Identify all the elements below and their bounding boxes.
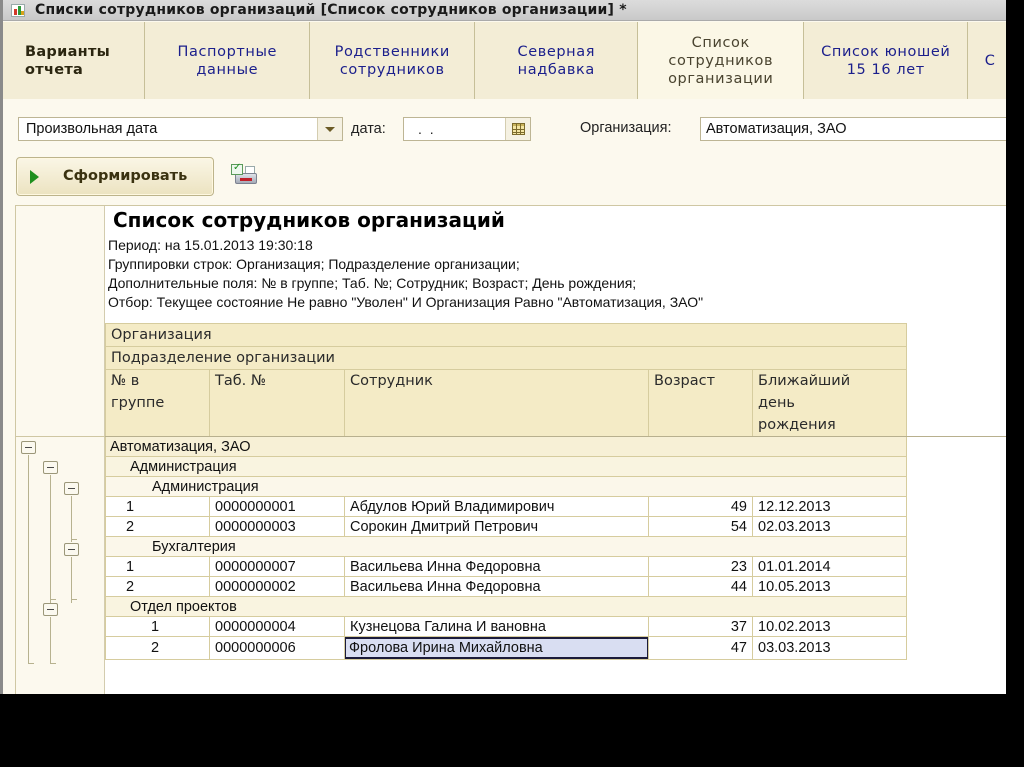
tree-line (28, 455, 29, 664)
cell-employee[interactable]: Абдулов Юрий Владимирович (345, 497, 649, 517)
cell-number-in-group[interactable]: 2 (106, 637, 210, 660)
period-type-select[interactable]: Произвольная дата (18, 117, 343, 141)
tab-label: Варианты отчета (25, 43, 110, 79)
generate-button-label: Сформировать (63, 168, 187, 184)
cell-age[interactable]: 23 (649, 557, 753, 577)
cell-number-in-group[interactable]: 1 (106, 557, 210, 577)
cell-tab-number[interactable]: 0000000007 (210, 557, 345, 577)
group-row[interactable]: Администрация (106, 457, 907, 477)
cell-employee[interactable]: Кузнецова Галина И вановна (345, 617, 649, 637)
cell-birthday[interactable]: 03.03.2013 (753, 637, 907, 660)
table-row[interactable]: 20000000006Фролова Ирина Михайловна4703.… (106, 637, 907, 660)
employee-table: ОрганизацияПодразделение организации№ в … (105, 323, 907, 660)
group-row[interactable]: Администрация (106, 477, 907, 497)
cell-age[interactable]: 47 (649, 637, 753, 660)
calendar-icon (512, 123, 525, 135)
group-row[interactable]: Автоматизация, ЗАО (106, 437, 907, 457)
calendar-button[interactable] (505, 118, 530, 140)
cell-birthday[interactable]: 02.03.2013 (753, 517, 907, 537)
table-row[interactable]: 10000000007Васильева Инна Федоровна2301.… (106, 557, 907, 577)
table-row[interactable]: 20000000003Сорокин Дмитрий Петрович5402.… (106, 517, 907, 537)
tree-line (50, 617, 51, 664)
tab-label: С (985, 52, 996, 70)
header-organization: Организация (106, 324, 907, 347)
collapse-group-icon[interactable] (21, 441, 36, 454)
cell-tab-number[interactable]: 0000000001 (210, 497, 345, 517)
date-label: дата: (351, 121, 386, 137)
cell-employee[interactable]: Васильева Инна Федоровна (345, 557, 649, 577)
cell-number-in-group[interactable]: 1 (106, 617, 210, 637)
tab-3[interactable]: Северная надбавка (475, 22, 638, 99)
cell-employee[interactable]: Васильева Инна Федоровна (345, 577, 649, 597)
cell-age[interactable]: 44 (649, 577, 753, 597)
cell-tab-number[interactable]: 0000000004 (210, 617, 345, 637)
table-row[interactable]: 10000000004Кузнецова Галина И вановна371… (106, 617, 907, 637)
tab-4[interactable]: Список сотрудников организации (638, 22, 804, 99)
tab-label: Список юношей 15 16 лет (821, 43, 950, 79)
report-grouping: Группировки строк: Организация; Подразде… (108, 256, 520, 272)
cell-number-in-group[interactable]: 2 (106, 517, 210, 537)
tree-line (50, 663, 56, 664)
header-row-department: Подразделение организации (106, 347, 907, 370)
tab-label: Северная надбавка (517, 43, 595, 79)
group-label: Автоматизация, ЗАО (106, 437, 907, 457)
tree-line (71, 496, 72, 543)
collapse-group-icon[interactable] (64, 482, 79, 495)
column-header[interactable]: Ближайший день рождения (753, 370, 907, 437)
group-label: Администрация (106, 477, 907, 497)
report-tabs: Варианты отчетаПаспортные данныеРодствен… (3, 22, 1006, 99)
header-row-columns: № в группеТаб. №СотрудникВозрастБлижайши… (106, 370, 907, 437)
title-bar: Списки сотрудников организаций [Список с… (3, 0, 1006, 21)
cell-birthday[interactable]: 01.01.2014 (753, 557, 907, 577)
cell-birthday[interactable]: 10.02.2013 (753, 617, 907, 637)
period-type-value: Произвольная дата (26, 121, 157, 137)
window-title: Списки сотрудников организаций [Список с… (35, 2, 627, 18)
cell-employee-selected[interactable]: Фролова Ирина Михайловна (345, 637, 649, 660)
group-label: Бухгалтерия (106, 537, 907, 557)
tree-line (50, 475, 51, 603)
table-row[interactable]: 10000000001Абдулов Юрий Владимирович4912… (106, 497, 907, 517)
tab-label: Родственники сотрудников (335, 43, 450, 79)
collapse-group-icon[interactable] (64, 543, 79, 556)
cell-birthday[interactable]: 10.05.2013 (753, 577, 907, 597)
organization-value: Автоматизация, ЗАО (706, 121, 846, 137)
cell-employee[interactable]: Сорокин Дмитрий Петрович (345, 517, 649, 537)
cell-tab-number[interactable]: 0000000003 (210, 517, 345, 537)
tree-line (71, 599, 77, 600)
date-value: . . (418, 121, 436, 137)
column-header[interactable]: Возраст (649, 370, 753, 437)
tab-6[interactable]: С (968, 22, 1006, 99)
header-department: Подразделение организации (106, 347, 907, 370)
report-spreadsheet[interactable]: Список сотрудников организаций Период: н… (15, 205, 1006, 694)
cell-number-in-group[interactable]: 1 (106, 497, 210, 517)
cell-number-in-group[interactable]: 2 (106, 577, 210, 597)
tree-line (71, 539, 77, 540)
tab-5[interactable]: Список юношей 15 16 лет (804, 22, 968, 99)
table-row[interactable]: 20000000002Васильева Инна Федоровна4410.… (106, 577, 907, 597)
report-chart-icon (11, 4, 25, 17)
group-row[interactable]: Отдел проектов (106, 597, 907, 617)
cell-tab-number[interactable]: 0000000002 (210, 577, 345, 597)
employee-name: Фролова Ирина Михайловна (345, 637, 649, 659)
group-row[interactable]: Бухгалтерия (106, 537, 907, 557)
cell-age[interactable]: 37 (649, 617, 753, 637)
dropdown-arrow-icon[interactable] (317, 118, 342, 140)
tab-2[interactable]: Родственники сотрудников (310, 22, 475, 99)
column-header[interactable]: № в группе (106, 370, 210, 437)
tab-0[interactable]: Варианты отчета (3, 22, 145, 99)
report-period: Период: на 15.01.2013 19:30:18 (108, 237, 313, 253)
tree-line (28, 663, 34, 664)
print-preview-icon[interactable] (231, 164, 259, 188)
tree-line (50, 599, 56, 600)
report-title: Список сотрудников организаций (113, 208, 505, 232)
generate-button[interactable]: Сформировать (16, 157, 214, 196)
report-window: Списки сотрудников организаций [Список с… (0, 0, 1006, 694)
tab-label: Паспортные данные (177, 43, 277, 79)
tree-line (71, 557, 72, 604)
organization-label: Организация: (580, 120, 671, 136)
report-settings-panel: Произвольная дата дата: . . Организация:… (3, 100, 1006, 204)
column-header[interactable]: Таб. № (210, 370, 345, 437)
tab-1[interactable]: Паспортные данные (145, 22, 310, 99)
date-input[interactable]: . . (403, 117, 531, 141)
cell-birthday[interactable]: 12.12.2013 (753, 497, 907, 517)
group-label: Администрация (106, 457, 907, 477)
cell-age[interactable]: 54 (649, 517, 753, 537)
collapse-group-icon[interactable] (43, 461, 58, 474)
cell-age[interactable]: 49 (649, 497, 753, 517)
column-header[interactable]: Сотрудник (345, 370, 649, 437)
play-icon (30, 170, 39, 184)
tab-label: Список сотрудников организации (668, 34, 773, 88)
cell-tab-number[interactable]: 0000000006 (210, 637, 345, 660)
header-row-organization: Организация (106, 324, 907, 347)
report-extra-fields: Дополнительные поля: № в группе; Таб. №;… (108, 275, 636, 291)
collapse-group-icon[interactable] (43, 603, 58, 616)
organization-input[interactable]: Автоматизация, ЗАО (700, 117, 1006, 141)
group-label: Отдел проектов (106, 597, 907, 617)
report-filter: Отбор: Текущее состояние Не равно "Уволе… (108, 294, 703, 310)
